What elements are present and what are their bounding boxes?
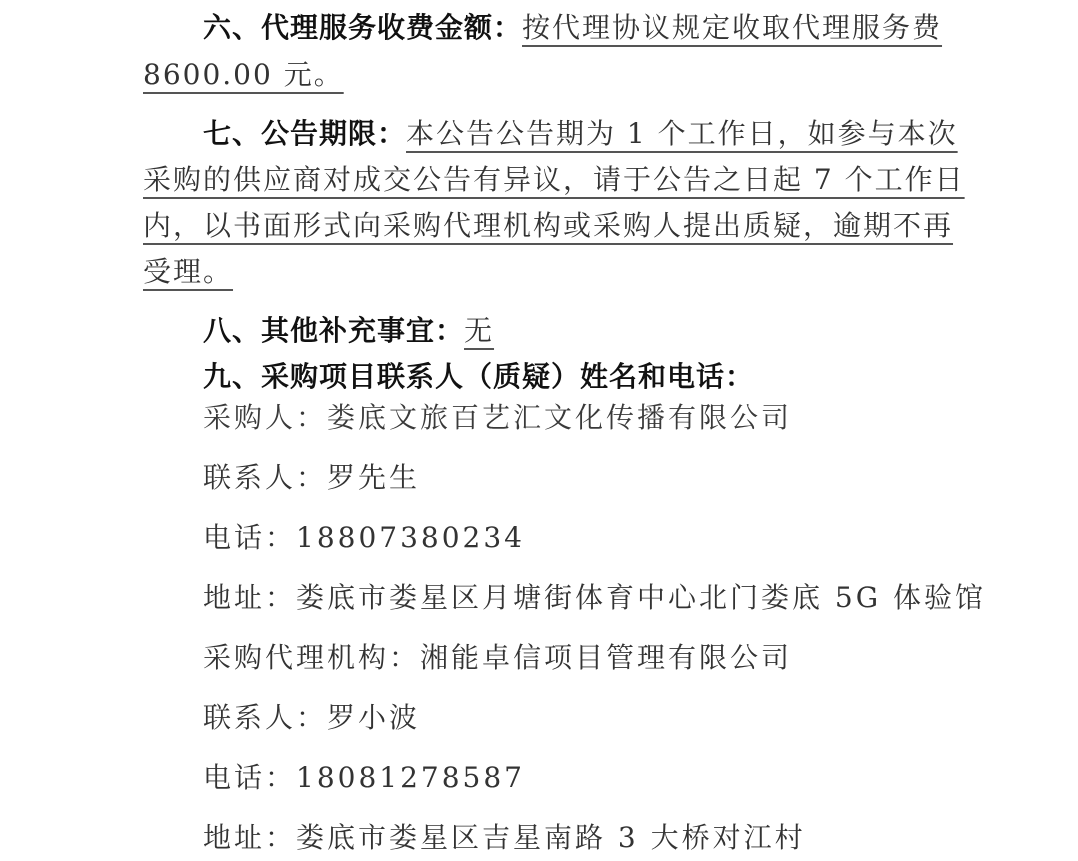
agency-phone: 电话：18081278587 [203, 758, 525, 798]
section-seven-line3: 内，以书面形式向采购代理机构或采购人提出质疑，逾期不再 [143, 206, 953, 247]
section-nine-heading: 九、采购项目联系人（质疑）姓名和电话： [203, 360, 754, 393]
section-nine-line: 九、采购项目联系人（质疑）姓名和电话： [203, 357, 754, 398]
purchaser-org: 采购人：娄底文旅百艺汇文化传播有限公司 [203, 398, 792, 438]
section-seven-line4: 受理。 [143, 252, 233, 293]
purchaser-phone: 电话：18807380234 [203, 518, 525, 558]
purchaser-address: 地址：娄底市娄星区月塘街体育中心北门娄底 5G 体验馆 [203, 578, 986, 618]
section-seven-line2: 采购的供应商对成交公告有异议，请于公告之日起 7 个工作日 [143, 160, 965, 201]
section-eight-value: 无 [464, 314, 494, 347]
section-seven-text-4: 受理。 [143, 255, 233, 288]
section-seven-heading: 七、公告期限： [203, 117, 406, 150]
section-seven-line1: 七、公告期限：本公告公告期为 1 个工作日，如参与本次 [203, 114, 958, 155]
service-fee-amount: 8600.00 元。 [143, 58, 344, 91]
section-six-line1: 六、代理服务收费金额：按代理协议规定收取代理服务费 [203, 8, 942, 49]
section-seven-text-2: 采购的供应商对成交公告有异议，请于公告之日起 7 个工作日 [143, 163, 965, 196]
section-six-heading: 六、代理服务收费金额： [203, 11, 522, 44]
section-six-line2: 8600.00 元。 [143, 55, 344, 96]
section-eight-heading: 八、其他补充事宜： [203, 314, 464, 347]
purchaser-contact: 联系人：罗先生 [203, 458, 420, 498]
section-six-value: 按代理协议规定收取代理服务费 [522, 11, 942, 44]
agency-address: 地址：娄底市娄星区吉星南路 3 大桥对江村 [203, 818, 806, 858]
agency-contact: 联系人：罗小波 [203, 698, 420, 738]
section-eight-line: 八、其他补充事宜：无 [203, 311, 494, 352]
agency-org: 采购代理机构：湘能卓信项目管理有限公司 [203, 638, 792, 678]
section-seven-text-3: 内，以书面形式向采购代理机构或采购人提出质疑，逾期不再 [143, 209, 953, 242]
section-seven-value: 本公告公告期为 1 个工作日，如参与本次 [406, 117, 958, 150]
